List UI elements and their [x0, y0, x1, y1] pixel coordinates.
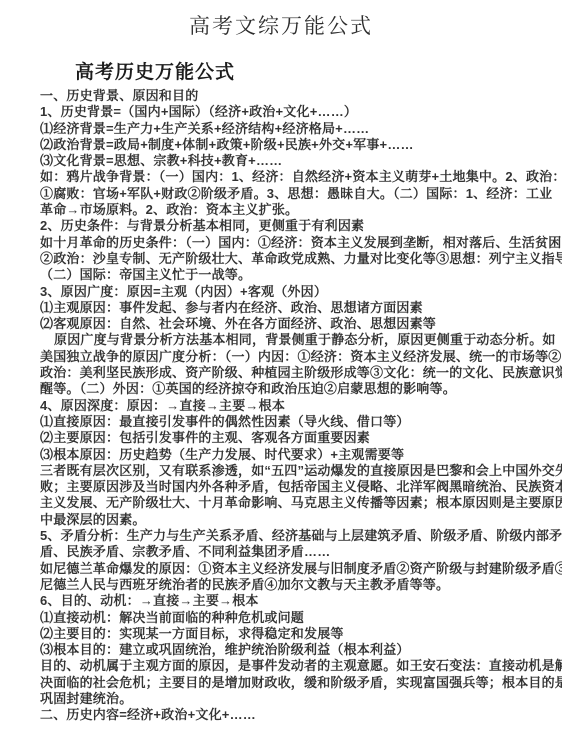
text-line: ⑶文化背景=思想、宗教+科技+教育+…… [40, 153, 534, 169]
text-line: 如尼德兰革命爆发的原因：①资本主义经济发展与旧制度矛盾②资产阶级与封建阶级矛盾③ [40, 561, 534, 577]
text-line: 目的、动机属于主观方面的原因，是事件发动者的主观意愿。如王安石变法：直接动机是解 [40, 658, 534, 674]
text-line: 如：鸦片战争背景：（一）国内：1、经济：自然经济+资本主义萌芽+土地集中。2、政… [40, 169, 534, 185]
text-line: 3、原因广度：原因=主观（内因）+客观（外因） [40, 284, 534, 300]
text-line: 三者既有层次区别，又有联系渗透，如“五四”运动爆发的直接原因是巴黎和会上中国外交… [40, 463, 534, 479]
text-line: 4、原因深度：原因：→直接→主要→根本 [40, 398, 534, 414]
text-line: ②政治：沙皇专制、无产阶级壮大、革命政党成熟、力量对比变化等③思想：列宁主义指导… [40, 251, 534, 267]
text-line: 败；主要原因涉及当时国内外各种矛盾，包括帝国主义侵略、北洋军阀黑暗统治、民族资本 [40, 479, 534, 495]
text-line: 原因广度与背景分析方法基本相同，背景侧重于静态分析，原因更侧重于动态分析。如 [40, 332, 534, 348]
section-heading: 高考历史万能公式 [0, 61, 562, 84]
text-line: 革命→市场原料。2、政治：资本主义扩张。 [40, 202, 534, 218]
text-line: 决面临的社会危机；主要目的是增加财政收，缓和阶级矛盾，实现富国强兵等；根本目的是 [40, 675, 534, 691]
text-line: 5、矛盾分析：生产力与生产关系矛盾、经济基础与上层建筑矛盾、阶级矛盾、阶级内部矛 [40, 528, 534, 544]
text-line: 尼德兰人民与西班牙统治者的民族矛盾④加尔文教与天主教矛盾等等。 [40, 577, 534, 593]
text-line: 二、历史内容=经济+政治+文化+…… [40, 707, 534, 723]
text-line: 中最深层的因素。 [40, 512, 534, 528]
text-line: ⑵主要原因：包括引发事件的主观、客观各方面重要因素 [40, 430, 534, 446]
text-line: ⑵客观原因：自然、社会环境、外在各方面经济、政治、思想因素等 [40, 316, 534, 332]
text-line: 主义发展、无产阶级壮大、十月革命影响、马克思主义传播等因素；根本原因则是主要原因 [40, 495, 534, 511]
text-line: ⑴直接动机：解决当前面临的种种危机或问题 [40, 610, 534, 626]
body-text: 一、历史背景、原因和目的1、历史背景=（国内+国际）（经济+政治+文化+……）⑴… [0, 88, 562, 724]
text-line: 醒等。（二）外因：①英国的经济掠夺和政治压迫②启蒙思想的影响等。 [40, 381, 534, 397]
text-line: ①腐败：官场+军队+财政②阶级矛盾。3、思想：愚昧自大。（二）国际：1、经济：工… [40, 186, 534, 202]
text-line: 政治：美利坚民族形成、资产阶级、种植园主阶级形成等③文化：统一的文化、民族意识觉 [40, 365, 534, 381]
text-line: ⑵主要目的：实现某一方面目标，求得稳定和发展等 [40, 626, 534, 642]
text-line: 2、历史条件：与背景分析基本相同，更侧重于有利因素 [40, 218, 534, 234]
text-line: 6、目的、动机：→直接→主要→根本 [40, 593, 534, 609]
text-line: 如十月革命的历史条件：（一）国内：①经济：资本主义发展到垄断，相对落后、生活贫困 [40, 235, 534, 251]
text-line: ⑵政治背景=政局+制度+体制+政策+阶级+民族+外交+军事+…… [40, 137, 534, 153]
text-line: 盾、民族矛盾、宗教矛盾、不同利益集团矛盾…… [40, 544, 534, 560]
page-title: 高考文综万能公式 [0, 0, 562, 40]
text-line: 1、历史背景=（国内+国际）（经济+政治+文化+……） [40, 104, 534, 120]
text-line: 一、历史背景、原因和目的 [40, 88, 534, 104]
text-line: 美国独立战争的原因广度分析：（一）内因：①经济：资本主义经济发展、统一的市场等② [40, 349, 534, 365]
text-line: ⑴经济背景=生产力+生产关系+经济结构+经济格局+…… [40, 121, 534, 137]
text-line: （二）国际：帝国主义忙于一战等。 [40, 267, 534, 283]
text-line: ⑴直接原因：最直接引发事件的偶然性因素（导火线、借口等） [40, 414, 534, 430]
document-page: 高考文综万能公式 高考历史万能公式 一、历史背景、原因和目的1、历史背景=（国内… [0, 0, 562, 736]
text-line: ⑶根本原因：历史趋势（生产力发展、时代要求）+主观需要等 [40, 447, 534, 463]
text-line: ⑶根本目的：建立或巩固统治，维护统治阶级利益（根本利益） [40, 642, 534, 658]
text-line: 巩固封建统治。 [40, 691, 534, 707]
text-line: ⑴主观原因：事件发起、参与者内在经济、政治、思想诸方面因素 [40, 300, 534, 316]
